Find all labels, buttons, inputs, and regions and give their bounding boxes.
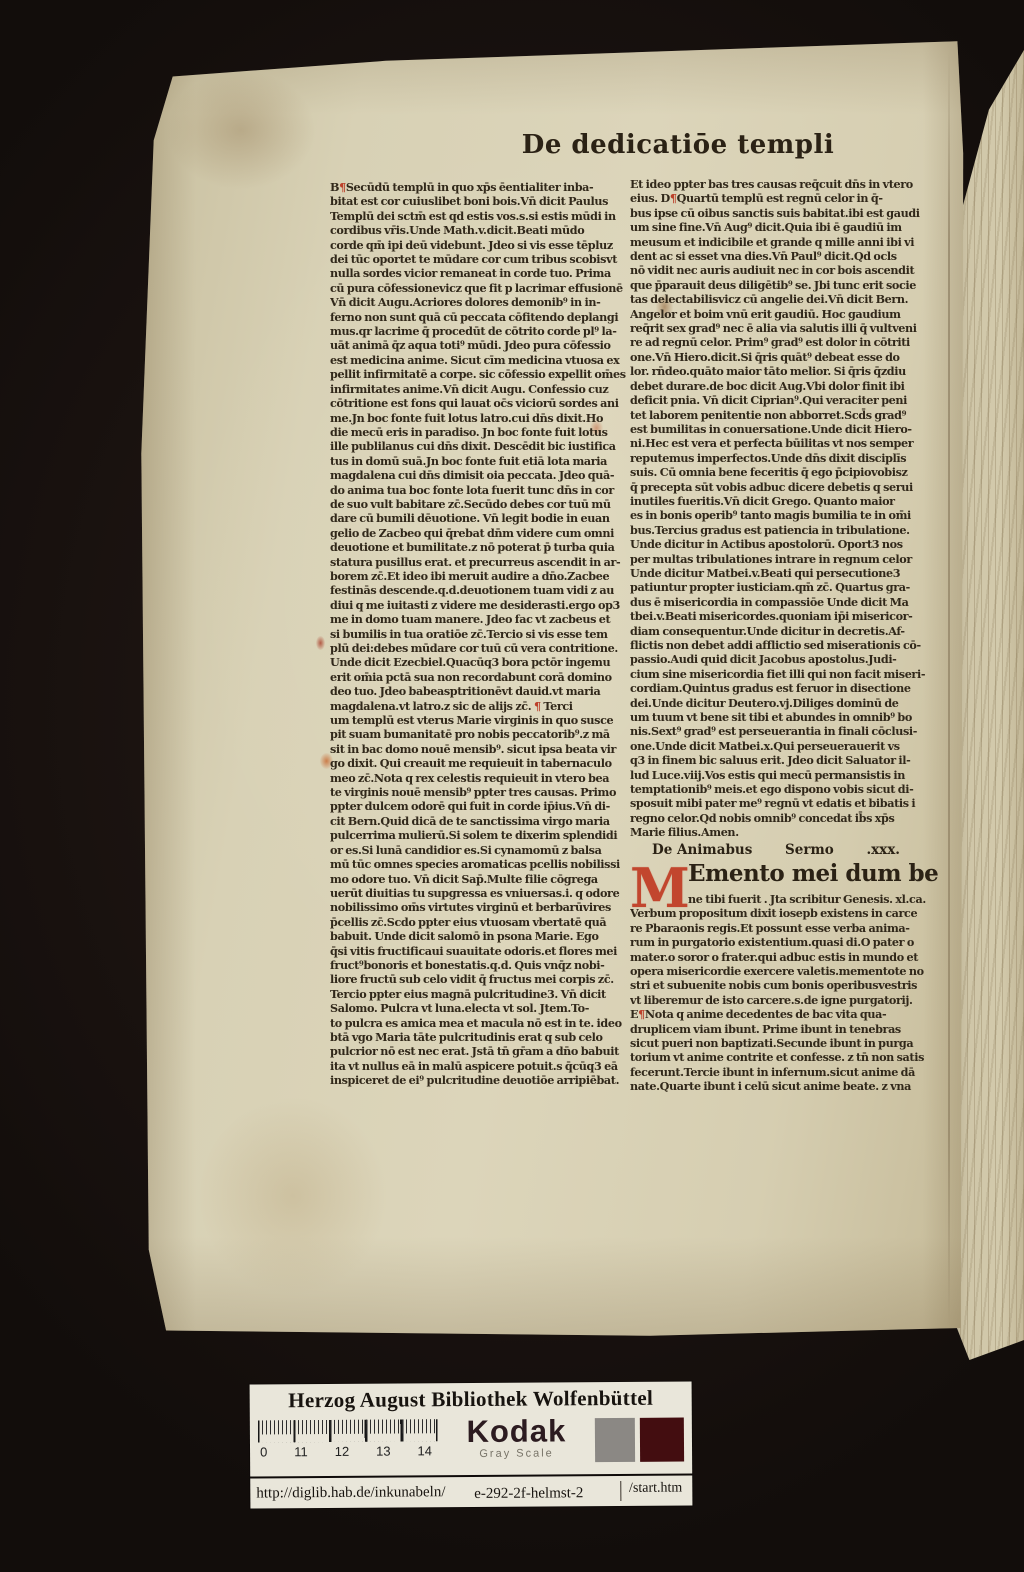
text-line: borem zc̄.Et ideo ibi meruit audire a dn… — [330, 569, 630, 583]
maroon-patch — [640, 1418, 684, 1462]
label-divider — [620, 1481, 621, 1501]
text-line: dent ac si esset vna dies.Vn̄ Paul⁹ dici… — [630, 249, 930, 263]
ruler-number: 14 — [417, 1443, 432, 1458]
text-line: one.Unde dicit Matbei.x.Qui perseuerauer… — [630, 739, 930, 753]
text-line: mus.qr lacrime q̄ procedūt de cōtrito co… — [330, 324, 630, 338]
text-line: fecerunt.Tercie ibunt in infernum.sicut … — [630, 1065, 930, 1079]
text-line: me.Jn boc fonte fuit lotus latro.cui dn̄… — [330, 411, 630, 425]
stain-top-left — [166, 70, 316, 190]
ruler-number: 11 — [294, 1444, 308, 1459]
text-line: inutiles fueritis.Vn̄ dicit Grego. Quant… — [630, 494, 930, 508]
stain-bottom-left — [198, 1096, 388, 1296]
digitized-book-scan: { "header": { "title": "De dedicatiōe te… — [0, 0, 1024, 1572]
library-name: Herzog August Bibliothek Wolfenbüttel — [258, 1386, 684, 1414]
text-line: req̄rit sex grad⁹ nec ē alia via salutis… — [630, 321, 930, 335]
text-line: gelio de Zacbeo qui q̄rebat dn̄m videre … — [330, 526, 630, 540]
text-line: sicut pueri non baptizati.Secunde ibunt … — [630, 1036, 930, 1050]
text-line: ferno non sunt quā cū peccata cōfitendo … — [330, 310, 630, 324]
text-line: E¶Nota q anime decedentes de bac vita qu… — [630, 1007, 930, 1021]
text-line: temptationib⁹ meis.et ego dispono vobis … — [630, 782, 930, 796]
text-line: Verbum propositum dixit iosepb existens … — [630, 906, 930, 920]
text-line: Unde dicitur in Actibus apostolorū. Opor… — [630, 537, 930, 551]
text-line: re ad regnū celor. Prim⁹ grad⁹ est dolor… — [630, 335, 930, 349]
text-line: uāt animā q̄z aqua toti⁹ mūdi. Jdeo pura… — [330, 338, 630, 352]
text-line: opera misericordie exercere valetis.meme… — [630, 964, 930, 978]
text-line: Unde dicit Ezecbiel.Quacūq3 bora pctōr i… — [330, 655, 630, 669]
text-line: um tuum vt bene sit tibi et abundes in o… — [630, 710, 930, 724]
text-line: uerūt diuitias tu supgressa es vniuersas… — [330, 886, 630, 900]
text-line: ni.Hec est vera et perfecta būilitas vt … — [630, 436, 930, 450]
text-line: statura pusillus erat. et precurreus asc… — [330, 555, 630, 569]
text-line: fruct⁹bonoris et bonestatis.q.d. Quis vn… — [330, 958, 630, 972]
text-line: lor. rn̄deo.quāto maior tāto melior. Si … — [630, 364, 930, 378]
text-line: diui q me iuitasti z videre me desideras… — [330, 598, 630, 612]
incipit-big-line: Emento mei dum be — [688, 860, 930, 892]
text-line: magdalena cui dn̄s dimisit oia peccata. … — [330, 468, 630, 482]
text-line: Marie filius.Amen. — [630, 825, 930, 839]
text-line: meusum et indicibile et grande q mille a… — [630, 235, 930, 249]
text-line: si bumilis in tua oratiōe zc̄.Tercio si … — [330, 627, 630, 641]
ruler: 011121314 — [258, 1419, 438, 1459]
text-line: eius. D¶Quartū templū est regnū celor in… — [630, 191, 930, 205]
text-line: Vn̄ dicit Augu.Acriores dolores demonib⁹… — [330, 295, 630, 309]
text-line: ne tibi fuerit . Jta scribitur Genesis. … — [688, 892, 930, 906]
text-line: re Pbaraonis regis.Et possunt esse verba… — [630, 921, 930, 935]
text-line: nulla sordes vicior remaneat in corde tu… — [330, 266, 630, 280]
text-line: est bumilitas in conuersatione.Unde dici… — [630, 422, 930, 436]
text-line: um sine fine.Vn̄ Aug⁹ dicit.Quia ibi ē g… — [630, 220, 930, 234]
text-line: deficit pnia. Vn̄ dicit Ciprian⁹.Qui ver… — [630, 393, 930, 407]
text-line: Salomo. Pulcra vt luna.electa vt sol. Jt… — [330, 1001, 630, 1015]
text-line: q̄si vitis fructificaui suauitate odoris… — [330, 944, 630, 958]
text-line: torium vt anime contrite et confesse. z … — [630, 1050, 930, 1064]
text-line: dus ē misericordia in compassiōe Unde di… — [630, 595, 930, 609]
text-line: go dixit. Qui creauit me requieuit in ta… — [330, 756, 630, 770]
kodak-logo: Kodak — [438, 1416, 595, 1447]
label-card: Herzog August Bibliothek Wolfenbüttel 01… — [250, 1381, 693, 1476]
text-line: vt liberemur de isto carcere.s.de igne p… — [630, 993, 930, 1007]
text-line: btā vgo Maria tāte pulcritudinis erat q … — [330, 1030, 630, 1044]
text-line: erit om̄ia pctā sua non recordabunt corā… — [330, 670, 630, 684]
text-line: mater.o soror o frater.qui adbuc estis i… — [630, 950, 930, 964]
text-line: p̄cellis zc̄.Scdo ppter eius vtuosam vbe… — [330, 915, 630, 929]
ruler-number: 12 — [335, 1444, 350, 1459]
text-line: pulcrior nō est nec erat. Jstā tn̄ gr̄am… — [330, 1044, 630, 1058]
text-line: Templū dei sctm̄ est qd estis vos.s.si e… — [330, 209, 630, 223]
text-line: tus in domū suā.Jn boc fonte fuit etiā l… — [330, 454, 630, 468]
text-line: flictis non debet addi afflictio sed mis… — [630, 638, 930, 652]
text-line: nō vidit nec auris audiuit nec in cor bo… — [630, 263, 930, 277]
text-line: reputemus imperfectos.Unde dn̄s dixit di… — [630, 451, 930, 465]
start-link: /start.htm — [629, 1480, 686, 1496]
text-line: or es.Si lunā candidior es.Si cynamomū z… — [330, 843, 630, 857]
text-line: nate.Quarte ibunt i celū sicut anime bea… — [630, 1079, 930, 1093]
text-line: debet durare.de boc dicit Aug.Vbi dolor … — [630, 379, 930, 393]
text-line: q̄ precepta sūt vobis adbuc dicere debet… — [630, 480, 930, 494]
text-line: druplicem viam ibunt. Prime ibunt in ten… — [630, 1022, 930, 1036]
ruler-numbers: 011121314 — [258, 1441, 438, 1459]
text-line: mū tūc omnes species aromaticas pcellis … — [330, 857, 630, 871]
text-line: per multas tribulationes intrare in regn… — [630, 552, 930, 566]
text-line: te virginis nouē mensib⁹ ppter tres caus… — [330, 785, 630, 799]
text-line: cū pura cōfessionevicz que fit p lacrima… — [330, 281, 630, 295]
sermon-incipit: M Emento mei dum be — [630, 860, 930, 892]
digitization-url: http://diglib.hab.de/inkunabeln/ — [256, 1484, 445, 1502]
ruler-ticks — [258, 1419, 438, 1442]
text-line: tet laborem penitentie non abborret.Scd̄… — [630, 408, 930, 422]
text-line: inspiceret de ei⁹ pulcritudine deuotiōe … — [330, 1073, 630, 1087]
text-line: cium sine misericordia fiet illi qui non… — [630, 667, 930, 681]
text-line: one.Vn̄ Hiero.dicit.Si q̄ris quāt⁹ debea… — [630, 350, 930, 364]
label-bottom-row: http://diglib.hab.de/inkunabeln/ e-292-2… — [250, 1475, 692, 1508]
text-line: bus.Tercius gradus est patiencia in trib… — [630, 523, 930, 537]
grayscale-label: Gray Scale — [438, 1447, 595, 1460]
text-line: pulcerrima mulierū.Si solem te dixerim s… — [330, 828, 630, 842]
text-line: Unde dicitur Matbei.v.Beati qui persecut… — [630, 566, 930, 580]
stain-red-margin — [316, 636, 325, 650]
text-line: meo zc̄.Nota q rex celestis requieuit in… — [330, 771, 630, 785]
text-line: est medicina anime. Sicut cīm medicina v… — [330, 353, 630, 367]
text-line: pellit infirmitatē a corpe. sic cōfessio… — [330, 367, 630, 381]
text-line: magdalena.vt latro.z sic de alijs zc̄. ¶… — [330, 699, 630, 713]
text-line: Angelor et boim vnū erit gaudiū. Hoc gau… — [630, 307, 930, 321]
text-line: cit Bern.Quid dicā de te sanctissima vir… — [330, 814, 630, 828]
page-title: De dedicatiōe templi — [438, 130, 918, 160]
text-line: passio.Audi quid dicit Jacobus apostolus… — [630, 652, 930, 666]
text-line: nobilissimo om̄s virtutes virginū et ber… — [330, 900, 630, 914]
text-line: bus ipse cū oibus sanctis suis babitat.i… — [630, 206, 930, 220]
sermon-heading-number: .xxx. — [866, 842, 900, 858]
text-line: de suo vult babitare zc̄.Secūdo debes co… — [330, 497, 630, 511]
page-crease — [948, 49, 950, 1328]
text-line: liore fructū sub celo vidit q̄ fructus m… — [330, 972, 630, 986]
text-line: lud Luce.viij.Vos estis qui mecū permans… — [630, 768, 930, 782]
text-line: dei tūc oportet te mūdare cor cum tribus… — [330, 252, 630, 266]
text-line: regno celor.Qd nobis omnib⁹ concedat ib̄… — [630, 811, 930, 825]
text-line: to pulcra es amica mea et macula nō est … — [330, 1016, 630, 1030]
text-line: tas delectabilisvicz cū angelie dei.Vn̄ … — [630, 292, 930, 306]
text-line: suis. Cū omnia bene feceritis q̄ ego p̄c… — [630, 465, 930, 479]
text-line: sposuit mibi pater me⁹ regnū vt edatis e… — [630, 796, 930, 810]
text-line: tbei.v.Beati misericordes.quoniam ip̄i m… — [630, 609, 930, 623]
text-line: stri et subuenite nobis cum bonis operib… — [630, 978, 930, 992]
grayscale-patches — [595, 1418, 684, 1463]
text-column-right: Et ideo ppter bas tres causas req̄cuit d… — [630, 177, 930, 845]
text-line: B¶Secūdū templū in quo xp̄s ēentialiter … — [330, 180, 630, 194]
text-line: pit suam bumanitatē pro nobis peccatorib… — [330, 727, 630, 741]
text-line: diam consequentur.Unde dicitur in decret… — [630, 624, 930, 638]
text-line: Tercio ppter eius magnā pulcritudine3. V… — [330, 987, 630, 1001]
text-line: Et ideo ppter bas tres causas req̄cuit d… — [630, 177, 930, 191]
text-line: um templū est vterus Marie virginis in q… — [330, 713, 630, 727]
text-line: corde qm̄ ipi deū videbunt. Jdeo si vis … — [330, 238, 630, 252]
sermon-heading-sermo: Sermo — [785, 842, 834, 858]
scan-label: Herzog August Bibliothek Wolfenbüttel 01… — [250, 1381, 693, 1508]
text-line: ille publilanus cui dn̄s dixit. Descēdit… — [330, 439, 630, 453]
text-line: cordiam.Quintus gradus est feruor in dis… — [630, 681, 930, 695]
text-line: cōtritione est fons qui lauat oc̄s vicio… — [330, 396, 630, 410]
text-line: festinās descende.q.d.deuotionem tuam vi… — [330, 583, 630, 597]
shelfmark: e-292-2f-helmst-2 — [445, 1481, 612, 1503]
text-line: cordibus vr̄is.Unde Math.v.dicit.Beati m… — [330, 223, 630, 237]
text-line: sit in bac domo nouē mensib⁹. sicut ipsa… — [330, 742, 630, 756]
text-line: nis.Sext⁹ grad⁹ est perseuerantia in fin… — [630, 724, 930, 738]
text-line: infirmitates anime.Vn̄ dicit Augu. Confe… — [330, 382, 630, 396]
text-line: patiuntur propter iusticiam.qm̄ zc̄. Qua… — [630, 580, 930, 594]
text-line: plū dei:debes mūdare cor tuū cū vera con… — [330, 641, 630, 655]
text-column-left: B¶Secūdū templū in quo xp̄s ēentialiter … — [330, 180, 630, 1096]
text-line: do anima tua boc fonte lota fuerit tunc … — [330, 483, 630, 497]
text-line: me in domo tuam manere. Jdeo fac vt zacb… — [330, 612, 630, 626]
text-line: bitat est cor cuiuslibet boni bois.Vn̄ d… — [330, 194, 630, 208]
text-column-right-lower: ne tibi fuerit . Jta scribitur Genesis. … — [630, 892, 930, 1096]
text-line: q3 in finem bic saluus erit. Jdeo dicit … — [630, 753, 930, 767]
text-line: deo tuo. Jdeo babeasptritionēvt dauid.vt… — [330, 684, 630, 698]
text-line: rum in purgatorio existentium.quasi di.O… — [630, 935, 930, 949]
gray-patch — [595, 1418, 635, 1462]
text-line: mo odore tuo. Vn̄ dicit Sap̄.Multe filie… — [330, 872, 630, 886]
text-line: babuit. Unde dicit salomō in psona Marie… — [330, 929, 630, 943]
text-line: ita vt nullus eā in malū aspicere potuit… — [330, 1059, 630, 1073]
text-line: ppter dulcem odorē qui fuit in corde ip̄… — [330, 799, 630, 813]
manuscript-page: De dedicatiōe templi B¶Secūdū templū in … — [138, 36, 964, 1341]
text-line: die mecū eris in paradiso. Jn boc fonte … — [330, 425, 630, 439]
ruler-number: 0 — [260, 1444, 267, 1459]
ruler-number: 13 — [376, 1444, 391, 1459]
text-line: dei.Unde dicitur Deutero.vj.Diliges domi… — [630, 696, 930, 710]
text-line: dare cū bumili dēuotione. Vn̄ legit bodi… — [330, 511, 630, 525]
text-line: deuotione et bumilitate.z nō poterat p̄ … — [330, 540, 630, 554]
text-line: es in bonis operib⁹ tanto magis bumilia … — [630, 508, 930, 522]
text-line: que p̄parauit deus diligētib⁹ se. Jbi tu… — [630, 278, 930, 292]
kodak-block: Kodak Gray Scale — [438, 1416, 595, 1460]
